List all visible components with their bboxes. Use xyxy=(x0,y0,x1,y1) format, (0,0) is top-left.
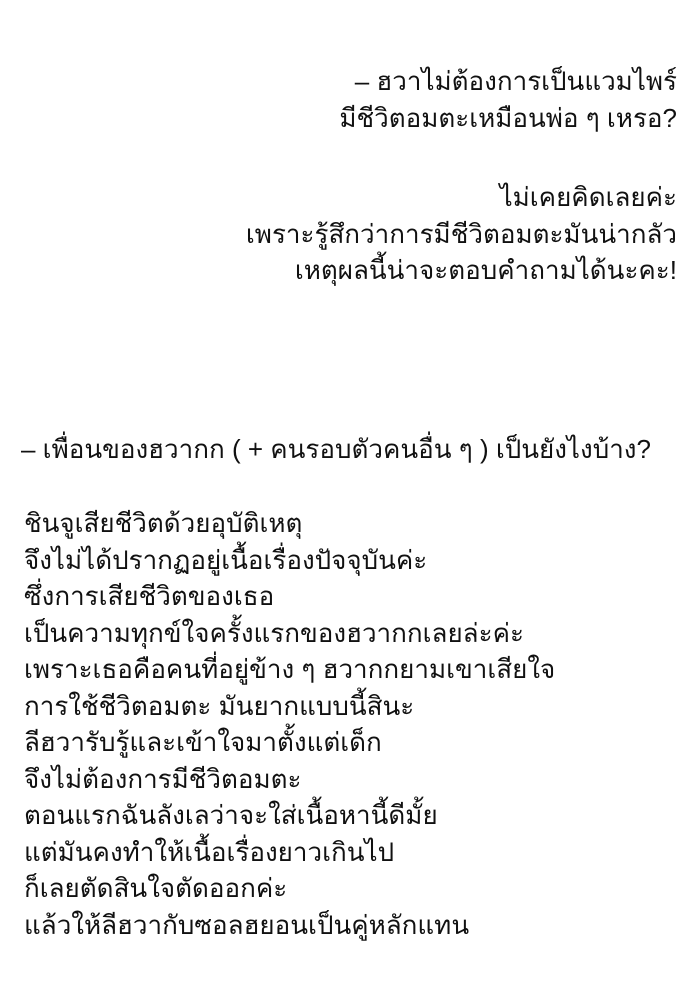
text-line: เป็นความทุกข์ใจครั้งแรกของฮวากกเลยล่ะค่ะ xyxy=(24,615,555,652)
document-page: – ฮวาไม่ต้องการเป็นแวมไพร์ มีชีวิตอมตะเห… xyxy=(0,0,690,1000)
text-line: จึงไม่ได้ปรากฏอยู่เนื้อเรื่องปัจจุบันค่ะ xyxy=(24,542,555,579)
text-line: เหตุผลนี้น่าจะตอบคำถามได้นะคะ! xyxy=(246,252,677,289)
question-block-1: – ฮวาไม่ต้องการเป็นแวมไพร์ มีชีวิตอมตะเห… xyxy=(339,63,677,136)
answer-block-2: ชินจูเสียชีวิตด้วยอุบัติเหตุ จึงไม่ได้ปร… xyxy=(24,505,555,943)
text-line: ไม่เคยคิดเลยค่ะ xyxy=(246,179,677,216)
text-line: ชินจูเสียชีวิตด้วยอุบัติเหตุ xyxy=(24,505,555,542)
text-line: ลีฮวารับรู้และเข้าใจมาตั้งแต่เด็ก xyxy=(24,724,555,761)
text-line: จึงไม่ต้องการมีชีวิตอมตะ xyxy=(24,761,555,798)
text-line: – เพื่อนของฮวากก ( + คนรอบตัวคนอื่น ๆ ) … xyxy=(21,431,651,468)
text-line: เพราะเธอคือคนที่อยู่ข้าง ๆ ฮวากกยามเขาเส… xyxy=(24,651,555,688)
text-line: มีชีวิตอมตะเหมือนพ่อ ๆ เหรอ? xyxy=(339,100,677,137)
text-line: เพราะรู้สึกว่าการมีชีวิตอมตะมันน่ากลัว xyxy=(246,216,677,253)
text-line: ก็เลยตัดสินใจตัดออกค่ะ xyxy=(24,870,555,907)
text-line: ตอนแรกฉันลังเลว่าจะใส่เนื้อหานี้ดีมั้ย xyxy=(24,797,555,834)
text-line: – ฮวาไม่ต้องการเป็นแวมไพร์ xyxy=(339,63,677,100)
question-block-2: – เพื่อนของฮวากก ( + คนรอบตัวคนอื่น ๆ ) … xyxy=(21,431,651,468)
text-line: การใช้ชีวิตอมตะ มันยากแบบนี้สินะ xyxy=(24,688,555,725)
text-line: แต่มันคงทำให้เนื้อเรื่องยาวเกินไป xyxy=(24,834,555,871)
text-line: แล้วให้ลีฮวากับซอลฮยอนเป็นคู่หลักแทน xyxy=(24,907,555,944)
text-line: ซึ่งการเสียชีวิตของเธอ xyxy=(24,578,555,615)
answer-block-1: ไม่เคยคิดเลยค่ะ เพราะรู้สึกว่าการมีชีวิต… xyxy=(246,179,677,289)
